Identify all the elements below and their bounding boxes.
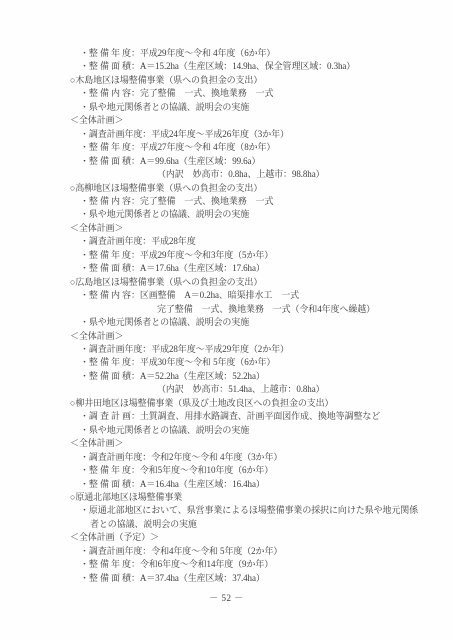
doc-line: ・調査計画年度：平成28年度～平成29年度（2か年） bbox=[0, 343, 453, 356]
doc-line: ・調査計画年度：平成24年度～平成26年度（3か年） bbox=[0, 128, 453, 141]
doc-line: ・整 備 年 度：平成29年度～令和3年度（5か年） bbox=[0, 249, 453, 262]
doc-line: ○木島地区ほ場整備事業（県への負担金の支出） bbox=[0, 74, 453, 87]
doc-line: ○柳井田地区ほ場整備事業（県及び土地改良区への負担金の支出） bbox=[0, 397, 453, 410]
doc-line: ＜全体計画＞ bbox=[0, 437, 453, 450]
doc-line: ＜全体計画＞ bbox=[0, 114, 453, 127]
doc-line: ＜全体計画（予定）＞ bbox=[0, 531, 453, 544]
doc-line: ・調査計画年度：令和4年度～令和 5年度（2か年） bbox=[0, 545, 453, 558]
document-page: ・整 備 年 度：平成29年度～令和 4年度（6か年）・整 備 面 積：A＝15… bbox=[0, 0, 453, 640]
doc-line: ・調 査 計 画：土質調査、用排水路調査、計画平面図作成、換地等調整など bbox=[0, 410, 453, 423]
doc-line: ・県や地元関係者との協議、説明会の実施 bbox=[0, 101, 453, 114]
doc-line: ・整 備 面 積：A＝99.6ha（生産区域：99.6a） bbox=[0, 155, 453, 168]
doc-line: 完了整備 一式、換地業務 一式（令和4年度へ繰越） bbox=[0, 303, 453, 316]
document-body: ・整 備 年 度：平成29年度～令和 4年度（6か年）・整 備 面 積：A＝15… bbox=[0, 0, 453, 585]
doc-line: 者との協議、説明会の実施 bbox=[0, 518, 453, 531]
doc-line: ・原通北部地区において、県営事業によるほ場整備事業の採択に向けた県や地元関係 bbox=[0, 504, 453, 517]
doc-line: ・整 備 面 積：A＝37.4ha（生産区域：37.4ha） bbox=[0, 572, 453, 585]
doc-line: ・整 備 年 度：平成29年度～令和 4年度（6か年） bbox=[0, 47, 453, 60]
doc-line: ・県や地元関係者との協議、説明会の実施 bbox=[0, 208, 453, 221]
doc-line: ○高柳地区ほ場整備事業（県への負担金の支出） bbox=[0, 182, 453, 195]
doc-line: ・整 備 内 容：完了整備 一式、換地業務 一式 bbox=[0, 87, 453, 100]
doc-line: ・県や地元関係者との協議、説明会の実施 bbox=[0, 424, 453, 437]
doc-line: ・整 備 面 積：A＝16.4ha（生産区域：16.4ha） bbox=[0, 478, 453, 491]
doc-line: ＜全体計画＞ bbox=[0, 222, 453, 235]
doc-line: （内訳 妙高市：51.4ha、上越市：0.8ha） bbox=[0, 383, 453, 396]
doc-line: ・県や地元関係者との協議、説明会の実施 bbox=[0, 316, 453, 329]
doc-line: ・整 備 内 容：区画整備 A＝0.2ha、暗渠排水工 一式 bbox=[0, 289, 453, 302]
doc-line: （内訳 妙高市：0.8ha、上越市：98.8ha） bbox=[0, 168, 453, 181]
doc-line: ＜全体計画＞ bbox=[0, 330, 453, 343]
doc-line: ・整 備 面 積：A＝15.2ha（生産区域：14.9ha、保全管理区域：0.3… bbox=[0, 60, 453, 73]
doc-line: ・調査計画年度：令和2年度～令和 4年度（3か年） bbox=[0, 451, 453, 464]
doc-line: ○広島地区ほ場整備事業（県への負担金の支出） bbox=[0, 276, 453, 289]
doc-line: ・調査計画年度：平成28年度 bbox=[0, 235, 453, 248]
page-number: － 52 － bbox=[0, 591, 453, 604]
doc-line: ・整 備 内 容：完了整備 一式、換地業務 一式 bbox=[0, 195, 453, 208]
doc-line: ・整 備 年 度：令和6年度～令和14年度（9か年） bbox=[0, 558, 453, 571]
doc-line: ・整 備 面 積：A＝52.2ha（生産区域：52.2ha） bbox=[0, 370, 453, 383]
doc-line: ・整 備 年 度：平成30年度～令和 5年度（6か年） bbox=[0, 356, 453, 369]
doc-line: ・整 備 年 度：平成27年度～令和 4年度（8か年） bbox=[0, 141, 453, 154]
doc-line: ・整 備 面 積：A＝17.6ha（生産区域：17.6ha） bbox=[0, 262, 453, 275]
doc-line: ○原通北部地区ほ場整備事業 bbox=[0, 491, 453, 504]
doc-line: ・整 備 年 度：令和5年度～令和10年度（6か年） bbox=[0, 464, 453, 477]
